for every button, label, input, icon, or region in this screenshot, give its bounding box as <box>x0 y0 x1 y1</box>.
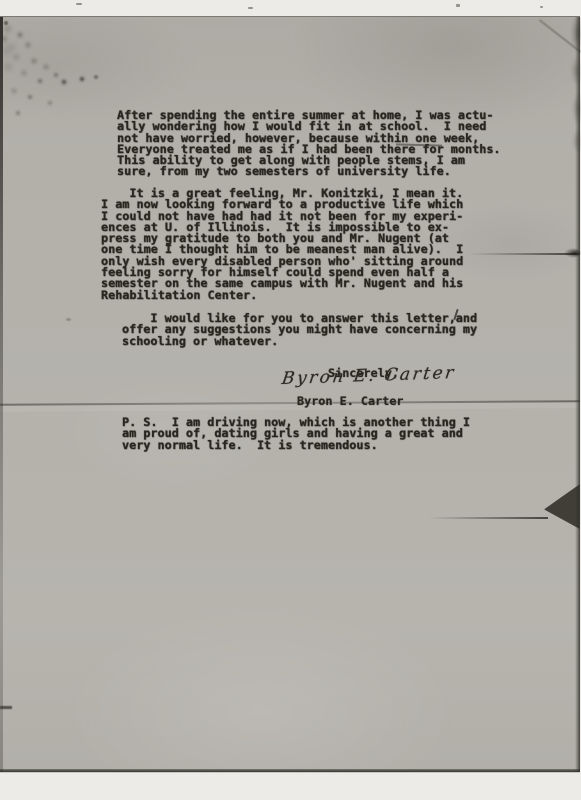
postscript-paragraph: P. S. I am driving now, which is another… <box>122 417 470 451</box>
paragraph-great-feeling: It is a great feeling, Mr. Konitzki, I m… <box>101 188 463 301</box>
typed-signature-name: Byron E. Carter <box>297 396 404 407</box>
paper-edge-right <box>575 17 580 772</box>
scanned-letter-scene: After spending the entire summer at home… <box>0 0 581 800</box>
stain-speckles-top-left <box>4 21 8 25</box>
paragraph-answer-letter: I would like for you to answer this lett… <box>122 313 477 347</box>
scan-speck <box>540 6 543 8</box>
paper-edge-left <box>0 17 3 772</box>
faint-margin-mark <box>66 318 71 321</box>
paragraph-summer-at-home: After spending the entire summer at home… <box>117 110 501 178</box>
scan-speck <box>76 3 82 5</box>
scan-speck <box>248 7 253 9</box>
paper-edge-bottom <box>0 769 580 772</box>
crease-right-lower <box>428 517 548 519</box>
scan-speck <box>456 4 460 7</box>
letter-paper: After spending the entire summer at home… <box>0 16 580 772</box>
handwritten-signature: Byron E. Carter <box>281 362 484 389</box>
